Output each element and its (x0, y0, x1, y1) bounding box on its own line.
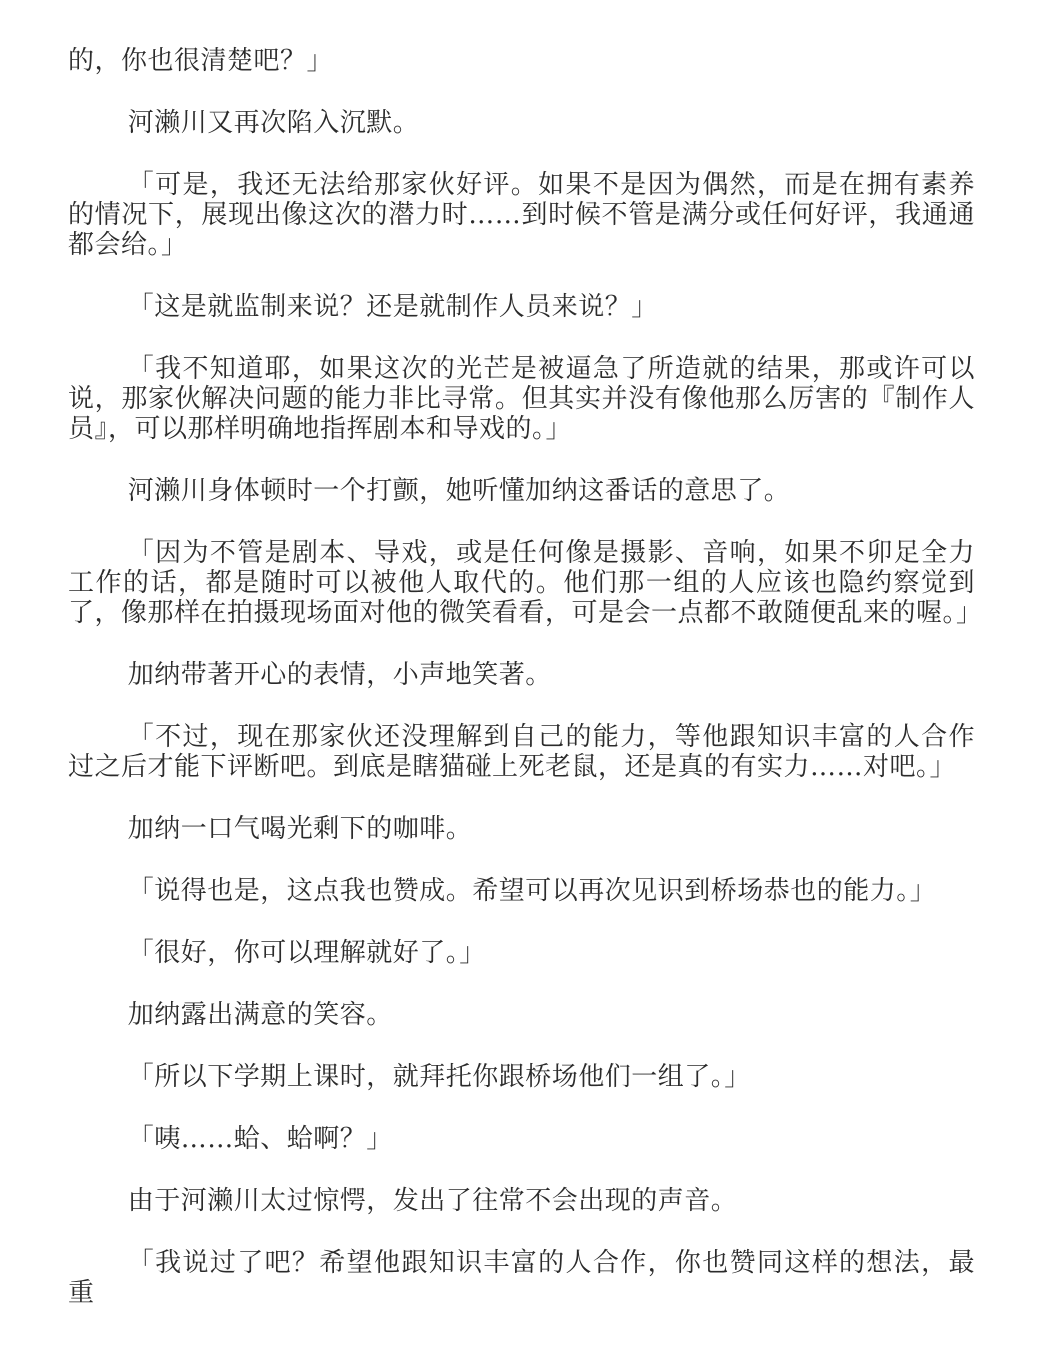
ebook-page: 的，你也很清楚吧？」河濑川又再次陷入沉默。「可是，我还无法给那家伙好评。如果不是… (0, 0, 1046, 1354)
paragraph: 「不过，现在那家伙还没理解到自己的能力，等他跟知识丰富的人合作过之后才能下评断吧… (68, 722, 975, 782)
paragraph: 加纳带著开心的表情，小声地笑著。 (68, 660, 975, 690)
novel-text-block: 的，你也很清楚吧？」河濑川又再次陷入沉默。「可是，我还无法给那家伙好评。如果不是… (68, 46, 975, 1340)
paragraph: 由于河濑川太过惊愕，发出了往常不会出现的声音。 (68, 1186, 975, 1216)
paragraph: 加纳露出满意的笑容。 (68, 1000, 975, 1030)
paragraph: 「我说过了吧？希望他跟知识丰富的人合作，你也赞同这样的想法，最重 (68, 1248, 975, 1308)
paragraph: 「咦……蛤、蛤啊？」 (68, 1124, 975, 1154)
paragraph: 「很好，你可以理解就好了。」 (68, 938, 975, 968)
paragraph: 河濑川身体顿时一个打颤，她听懂加纳这番话的意思了。 (68, 476, 975, 506)
paragraph: 「这是就监制来说？还是就制作人员来说？」 (68, 292, 975, 322)
paragraph: 的，你也很清楚吧？」 (68, 46, 975, 76)
paragraph: 「说得也是，这点我也赞成。希望可以再次见识到桥场恭也的能力。」 (68, 876, 975, 906)
paragraph: 「可是，我还无法给那家伙好评。如果不是因为偶然，而是在拥有素养的情况下，展现出像… (68, 170, 975, 260)
paragraph: 河濑川又再次陷入沉默。 (68, 108, 975, 138)
paragraph: 「我不知道耶，如果这次的光芒是被逼急了所造就的结果，那或许可以说，那家伙解决问题… (68, 354, 975, 444)
paragraph: 「所以下学期上课时，就拜托你跟桥场他们一组了。」 (68, 1062, 975, 1092)
paragraph: 加纳一口气喝光剩下的咖啡。 (68, 814, 975, 844)
paragraph: 「因为不管是剧本、导戏，或是任何像是摄影、音响，如果不卯足全力工作的话，都是随时… (68, 538, 975, 628)
